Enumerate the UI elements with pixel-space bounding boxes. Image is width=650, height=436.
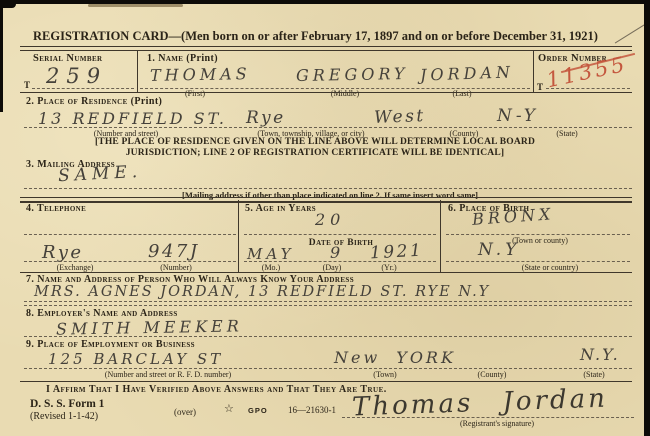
divider: [20, 272, 632, 273]
registrant-signature-sublabel: (Registrant's signature): [460, 419, 534, 428]
employment-label: 9. Place of Employment or Business: [26, 339, 195, 350]
serial-number-label: Serial Number: [33, 53, 102, 64]
divider: [20, 92, 632, 93]
affirmation-text: I Affirm That I Have Verified Above Answ…: [46, 384, 387, 395]
star-icon: ☆: [224, 402, 234, 415]
dotted-line: [24, 127, 632, 128]
telephone-label: 4. Telephone: [26, 203, 86, 214]
dotted-line: [244, 261, 436, 262]
scanned-registration-card: REGISTRATION CARD—(Men born on or after …: [0, 0, 650, 436]
dotted-line: [32, 88, 134, 89]
employment-county-sublabel: (County): [478, 370, 507, 379]
divider: [20, 381, 632, 382]
dotted-line: [446, 261, 630, 262]
dotted-line: [24, 305, 632, 306]
local-board-notice-line2: JURISDICTION; LINE 2 OF REGISTRATION CER…: [126, 148, 505, 158]
residence-county-handwritten: West: [374, 106, 426, 128]
telephone-exchange-handwritten: Rye: [42, 242, 84, 263]
employment-state-sublabel: (State): [583, 370, 604, 379]
scan-edge-left: [0, 0, 3, 112]
divider: [533, 50, 534, 92]
age-value-handwritten: 20: [315, 210, 345, 229]
name-middle-sublabel: (Middle): [331, 89, 359, 98]
residence-print-label: (Print): [131, 96, 163, 107]
over-label: (over): [174, 407, 196, 417]
torn-edge-smudge: [88, 4, 183, 7]
birthplace-state-sublabel: (State or country): [522, 263, 578, 272]
employment-street-sublabel: (Number and street or R. F. D. number): [105, 370, 231, 379]
residence-label: 2. Place of Residence: [26, 96, 128, 107]
dotted-line: [546, 88, 630, 89]
birth-day-sublabel: (Day): [323, 263, 342, 272]
name-middle-handwritten: GREGORY: [296, 64, 409, 85]
name-label: 1. Name: [147, 53, 183, 64]
birth-day-handwritten: 9: [330, 243, 343, 262]
divider: [238, 200, 239, 272]
order-prefix: T: [537, 82, 543, 92]
card-title: REGISTRATION CARD—(Men born on or after …: [33, 29, 598, 44]
birth-year-handwritten: 1921: [370, 241, 424, 264]
birth-year-sublabel: (Yr.): [381, 263, 396, 272]
gpo-label: GPO: [248, 406, 268, 415]
residence-town-handwritten: Rye: [246, 108, 286, 128]
scan-edge-right: [644, 0, 650, 436]
contact-handwritten: MRS. AGNES JORDAN, 13 REDFIELD ST. RYE N…: [34, 284, 490, 300]
telephone-number-sublabel: (Number): [160, 263, 192, 272]
dotted-line: [446, 234, 630, 235]
name-first-sublabel: (First): [185, 89, 205, 98]
birthplace-town-sublabel: (Town or county): [512, 236, 568, 245]
age-label: 5. Age in Years: [245, 203, 316, 214]
serial-prefix: T: [24, 80, 30, 90]
residence-street-handwritten: 13 REDFIELD ST.: [38, 109, 227, 128]
dotted-line: [24, 368, 632, 369]
residence-state-sublabel: (State): [556, 129, 577, 138]
dotted-line: [24, 336, 632, 337]
dotted-line: [244, 234, 436, 235]
employment-town-handwritten: New YORK: [334, 348, 456, 367]
birthplace-state-handwritten: N.Y: [478, 240, 520, 260]
employment-state-handwritten: N.Y.: [580, 345, 620, 364]
serial-number-value: 259: [46, 64, 107, 88]
dotted-line: [24, 301, 632, 302]
dotted-line: [24, 234, 236, 235]
employment-street-handwritten: 125 BARCLAY ST: [48, 350, 223, 368]
form-number: D. S. S. Form 1: [30, 398, 104, 410]
divider: [137, 50, 138, 92]
birth-month-sublabel: (Mo.): [262, 263, 280, 272]
divider: [20, 46, 632, 51]
telephone-exchange-sublabel: (Exchange): [57, 263, 94, 272]
print-code: 16—21630-1: [288, 405, 336, 415]
name-print-label: (Print): [186, 53, 218, 64]
local-board-notice-line1: [THE PLACE OF RESIDENCE GIVEN ON THE LIN…: [95, 137, 535, 147]
name-last-sublabel: (Last): [452, 89, 471, 98]
employment-town-sublabel: (Town): [373, 370, 396, 379]
divider: [440, 200, 441, 272]
divider: [20, 197, 632, 203]
mailing-address-handwritten: SAME.: [58, 162, 143, 186]
telephone-number-handwritten: 947J: [148, 241, 200, 262]
card-paper: REGISTRATION CARD—(Men born on or after …: [0, 4, 644, 436]
dotted-line: [342, 417, 634, 418]
dotted-line: [24, 261, 236, 262]
dotted-line: [24, 188, 632, 189]
form-revision: (Revised 1-1-42): [30, 411, 98, 422]
residence-state-handwritten: N-Y: [497, 106, 539, 126]
name-first-handwritten: THOMAS: [150, 64, 251, 85]
name-last-handwritten: JORDAN: [420, 62, 515, 84]
